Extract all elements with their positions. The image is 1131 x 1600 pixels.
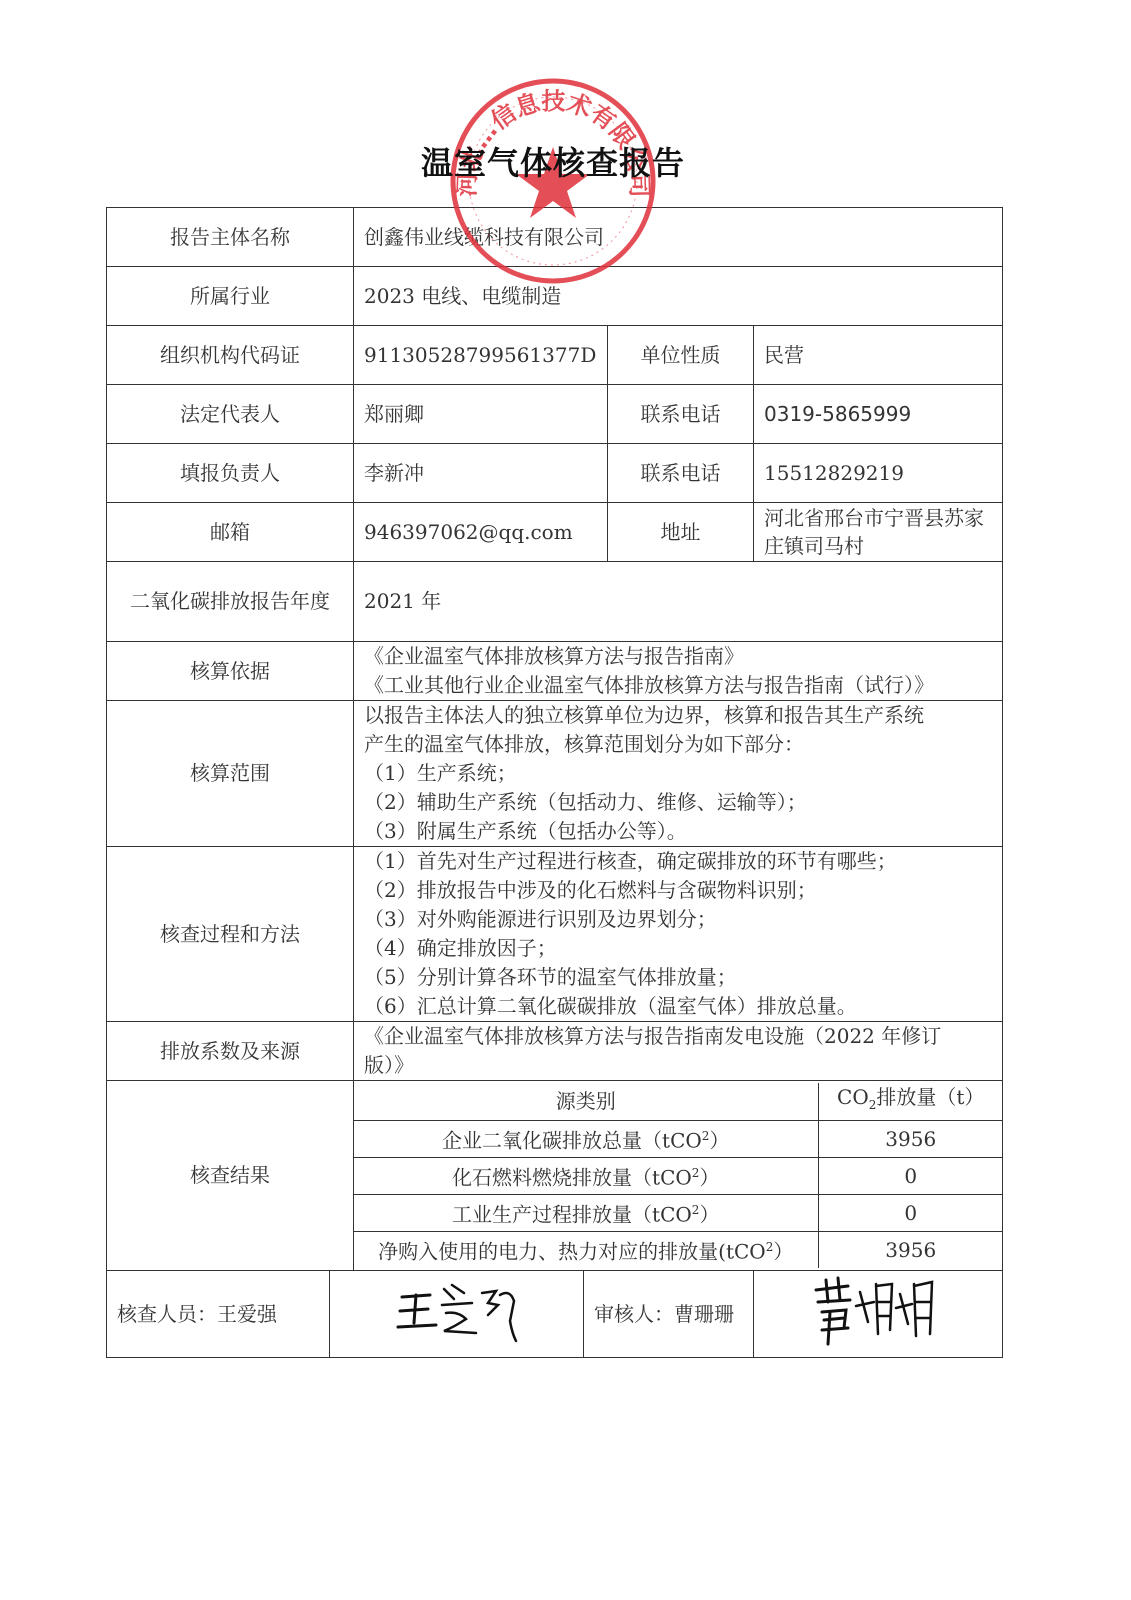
scope-line: 以报告主体法人的独立核算单位为边界，核算和报告其生产系统 [364,701,992,730]
handwritten-signature-icon [808,1272,948,1348]
basis-line: 《工业其他行业企业温室气体排放核算方法与报告指南（试行）》 [364,671,992,700]
results-row: 化石燃料燃烧排放量（tCO2） 0 [354,1158,1003,1195]
value-email: 946397062@qq.com [354,503,608,562]
results-row: 工业生产过程排放量（tCO2） 0 [354,1195,1003,1232]
process-line: （3）对外购能源进行识别及边界划分； [364,905,992,934]
label-report-year: 二氧化碳排放报告年度 [107,562,354,642]
value-address: 河北省邢台市宁晋县苏家庄镇司马村 [754,503,1003,562]
value-report-year: 2021 年 [354,562,1003,642]
label-entity-name: 报告主体名称 [107,208,354,267]
result-source: 工业生产过程排放量（tCO2） [354,1195,818,1232]
label-scope: 核算范围 [107,701,354,847]
label-address: 地址 [608,503,754,562]
label-filler: 填报负责人 [107,444,354,503]
result-amount: 0 [818,1195,1003,1232]
label-email: 邮箱 [107,503,354,562]
value-industry: 2023 电线、电缆制造 [354,267,1003,326]
value-filler: 李新冲 [354,444,608,503]
row-report-year: 二氧化碳排放报告年度 2021 年 [107,562,1003,642]
row-legal-rep: 法定代表人 郑丽卿 联系电话 0319-5865999 [107,385,1003,444]
label-process: 核查过程和方法 [107,847,354,1022]
inspector-signature [330,1271,584,1358]
label-unit-nature: 单位性质 [608,326,754,385]
row-basis: 核算依据 《企业温室气体排放核算方法与报告指南》 《工业其他行业企业温室气体排放… [107,642,1003,701]
result-source: 化石燃料燃烧排放量（tCO2） [354,1158,818,1195]
report-title: 温室气体核查报告 [0,138,1106,184]
scope-line: 产生的温室气体排放，核算范围划分为如下部分： [364,730,992,759]
row-results: 核查结果 源类别 CO2排放量（t） 企业二氧化碳排放总量（tCO2） 3956… [107,1081,1003,1271]
row-process: 核查过程和方法 （1）首先对生产过程进行核查，确定碳排放的环节有哪些； （2）排… [107,847,1003,1022]
label-industry: 所属行业 [107,267,354,326]
label-phone2: 联系电话 [608,444,754,503]
result-amount: 3956 [818,1121,1003,1158]
value-process: （1）首先对生产过程进行核查，确定碳排放的环节有哪些； （2）排放报告中涉及的化… [354,847,1003,1022]
result-source: 企业二氧化碳排放总量（tCO2） [354,1121,818,1158]
result-source: 净购入使用的电力、热力对应的排放量(tCO2） [354,1232,818,1269]
row-email: 邮箱 946397062@qq.com 地址 河北省邢台市宁晋县苏家庄镇司马村 [107,503,1003,562]
basis-line: 《企业温室气体排放核算方法与报告指南》 [364,642,992,671]
row-entity-name: 报告主体名称 创鑫伟业线缆科技有限公司 [107,208,1003,267]
process-line: （5）分别计算各环节的温室气体排放量； [364,963,992,992]
report-table: 报告主体名称 创鑫伟业线缆科技有限公司 所属行业 2023 电线、电缆制造 组织… [106,207,1003,1358]
process-line: （6）汇总计算二氧化碳碳排放（温室气体）排放总量。 [364,992,992,1021]
label-basis: 核算依据 [107,642,354,701]
process-line: （1）首先对生产过程进行核查，确定碳排放的环节有哪些； [364,847,992,876]
handwritten-signature-icon [392,1275,522,1345]
scope-line: （2）辅助生产系统（包括动力、维修、运输等）； [364,788,992,817]
process-line: （2）排放报告中涉及的化石燃料与含碳物料识别； [364,876,992,905]
reviewer-label: 审核人：曹珊珊 [584,1271,754,1358]
results-header-row: 源类别 CO2排放量（t） [354,1083,1003,1121]
value-entity-name: 创鑫伟业线缆科技有限公司 [354,208,1003,267]
row-signatures: 核查人员：王爱强 审核人：曹珊珊 [107,1271,1003,1358]
value-org-code: 91130528799561377D [354,326,608,385]
value-phone2: 15512829219 [754,444,1003,503]
result-amount: 3956 [818,1232,1003,1269]
results-cell: 源类别 CO2排放量（t） 企业二氧化碳排放总量（tCO2） 3956 化石燃料… [354,1081,1003,1271]
row-org-code: 组织机构代码证 91130528799561377D 单位性质 民营 [107,326,1003,385]
factors-line: 版）》 [364,1051,992,1080]
value-phone1: 0319-5865999 [754,385,1003,444]
reviewer-signature [754,1271,1003,1358]
label-org-code: 组织机构代码证 [107,326,354,385]
value-basis: 《企业温室气体排放核算方法与报告指南》 《工业其他行业企业温室气体排放核算方法与… [354,642,1003,701]
row-filler: 填报负责人 李新冲 联系电话 15512829219 [107,444,1003,503]
row-industry: 所属行业 2023 电线、电缆制造 [107,267,1003,326]
label-results: 核查结果 [107,1081,354,1271]
value-legal-rep: 郑丽卿 [354,385,608,444]
label-phone1: 联系电话 [608,385,754,444]
result-amount: 0 [818,1158,1003,1195]
scope-line: （1）生产系统； [364,759,992,788]
label-factors: 排放系数及来源 [107,1022,354,1081]
row-factors: 排放系数及来源 《企业温室气体排放核算方法与报告指南发电设施（2022 年修订 … [107,1022,1003,1081]
header-source: 源类别 [354,1083,818,1121]
value-unit-nature: 民营 [754,326,1003,385]
row-scope: 核算范围 以报告主体法人的独立核算单位为边界，核算和报告其生产系统 产生的温室气… [107,701,1003,847]
process-line: （4）确定排放因子； [364,934,992,963]
label-legal-rep: 法定代表人 [107,385,354,444]
header-amount: CO2排放量（t） [818,1083,1003,1121]
scope-line: （3）附属生产系统（包括办公等）。 [364,817,992,846]
factors-line: 《企业温室气体排放核算方法与报告指南发电设施（2022 年修订 [364,1022,992,1051]
results-row: 净购入使用的电力、热力对应的排放量(tCO2） 3956 [354,1232,1003,1269]
results-row: 企业二氧化碳排放总量（tCO2） 3956 [354,1121,1003,1158]
value-scope: 以报告主体法人的独立核算单位为边界，核算和报告其生产系统 产生的温室气体排放，核… [354,701,1003,847]
value-factors: 《企业温室气体排放核算方法与报告指南发电设施（2022 年修订 版）》 [354,1022,1003,1081]
results-table: 源类别 CO2排放量（t） 企业二氧化碳排放总量（tCO2） 3956 化石燃料… [354,1083,1003,1268]
inspector-label: 核查人员：王爱强 [107,1271,330,1358]
